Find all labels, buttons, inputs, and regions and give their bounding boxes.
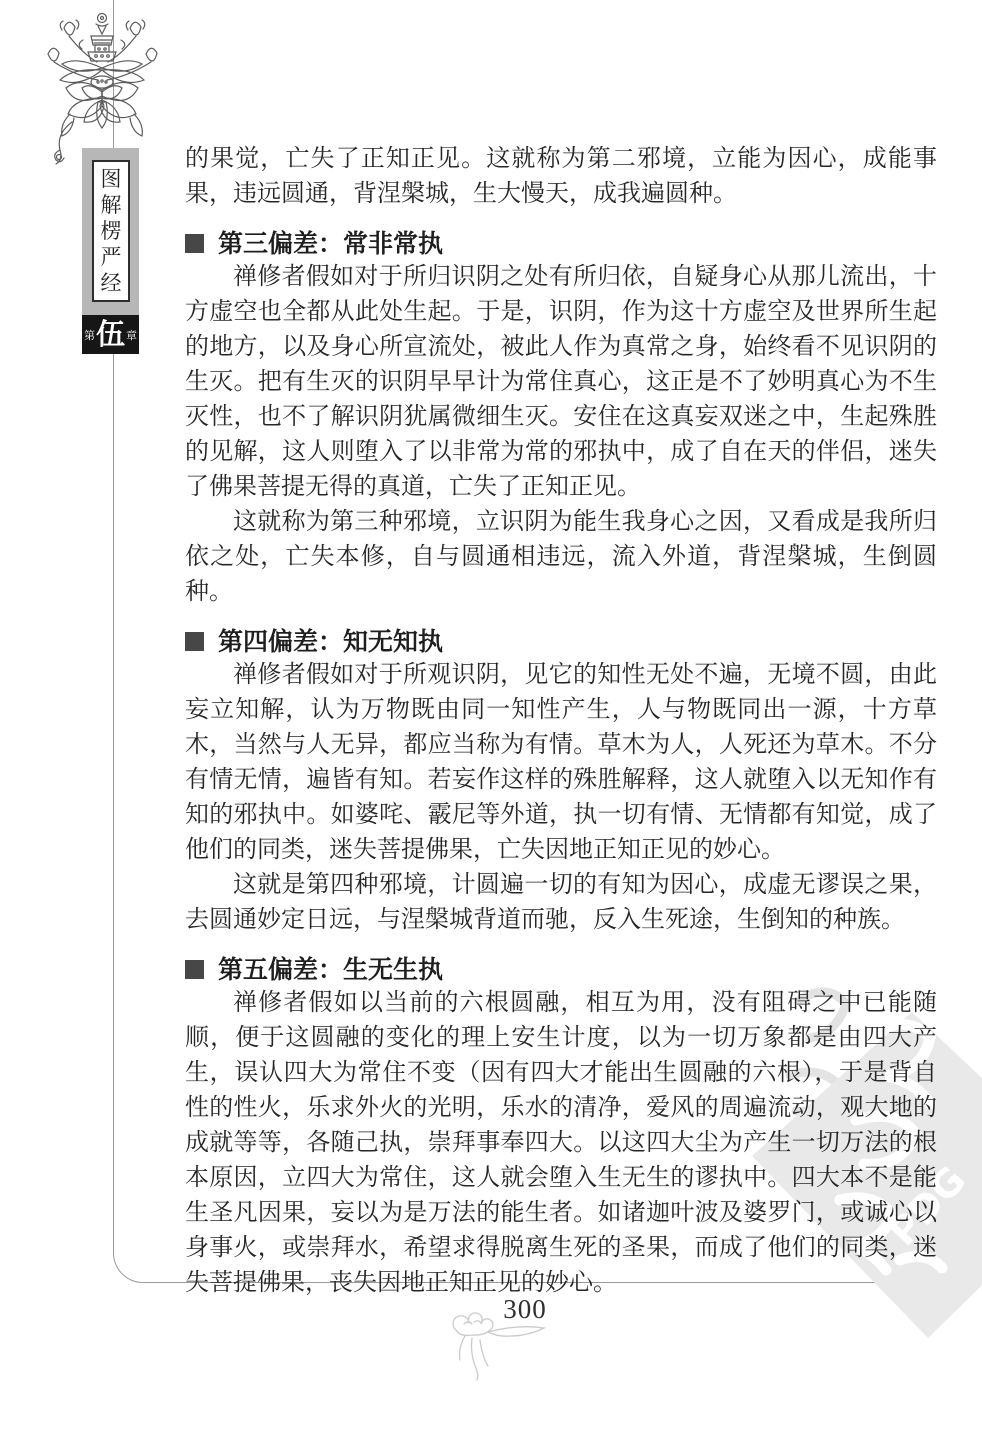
section-5-paragraph: 禅修者假如以当前的六根圆融，相互为用，没有阻碍之中已能随顺，便于这圆融的变化的理… (185, 986, 937, 1301)
chapter-suffix: 章 (126, 327, 137, 343)
section-4-paragraph: 禅修者假如对于所观识阴，见它的知性无处不遍，无境不圆，由此妄立知解，认为万物既由… (185, 658, 937, 868)
book-title-char: 经 (101, 270, 122, 296)
chapter-number: 伍 (96, 320, 125, 349)
section-bullet-icon (185, 632, 204, 651)
section-3-paragraph: 这就称为第三种邪境，立识阴为能生我身心之因，又看成是我所归依之处，亡失本修，自与… (185, 505, 937, 610)
book-title-char: 楞 (101, 218, 122, 244)
section-heading-text: 第五偏差：生无生执 (218, 955, 443, 984)
section-4-paragraph: 这就是第四种邪境，计圆遍一切的有知为因心，成虚无谬误之果，去圆通妙定日远，与涅槃… (185, 868, 937, 938)
section-heading-text: 第三偏差：常非常执 (218, 229, 443, 258)
chapter-prefix: 第 (84, 327, 95, 343)
sidebar: 图 解 楞 严 经 第 伍 章 (0, 0, 180, 420)
section-heading-text: 第四偏差：知无知执 (218, 627, 443, 656)
book-title-char: 严 (101, 244, 122, 270)
main-text-column: 的果觉，亡失了正知正见。这就称为第二邪境，立能为因心，成能事果，违远圆通，背涅槃… (185, 142, 937, 1301)
section-3-paragraph: 禅修者假如对于所归识阴之处有所归依，自疑身心从那儿流出，十方虚空也全都从此处生起… (185, 260, 937, 505)
section-bullet-icon (185, 234, 204, 253)
cloud-ornament-icon (438, 1306, 550, 1384)
section-bullet-icon (185, 960, 204, 979)
section-heading-4: 第四偏差：知无知执 (185, 626, 937, 658)
book-title-char: 解 (101, 192, 122, 218)
section-heading-5: 第五偏差：生无生执 (185, 954, 937, 986)
intro-paragraph: 的果觉，亡失了正知正见。这就称为第二邪境，立能为因心，成能事果，违远圆通，背涅槃… (185, 142, 937, 212)
section-heading-3: 第三偏差：常非常执 (185, 228, 937, 260)
chapter-label: 第 伍 章 (82, 315, 139, 354)
book-title-char: 图 (101, 166, 122, 192)
book-title-box: 图 解 楞 严 经 (92, 160, 130, 302)
